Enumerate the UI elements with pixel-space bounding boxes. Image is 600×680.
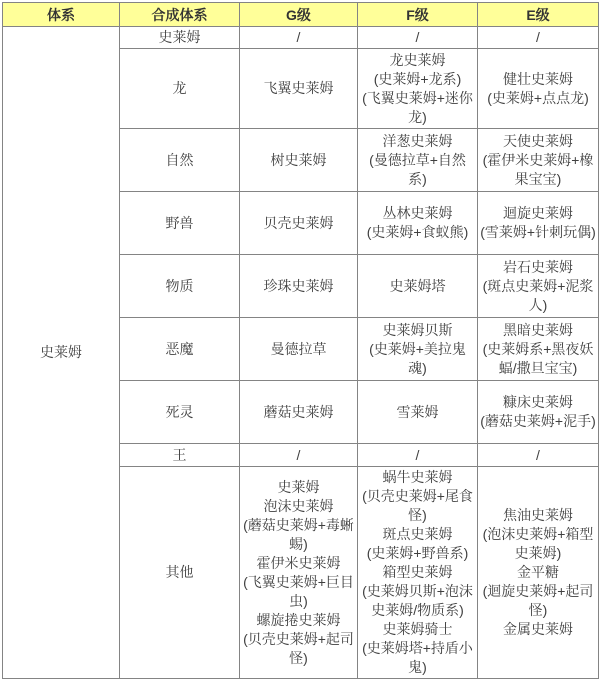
cell-grade-g: 蘑菇史莱姆 (240, 381, 358, 444)
cell-category: 恶魔 (120, 318, 240, 381)
cell-grade-e: 天使史莱姆 (霍伊米史莱姆+橡果宝宝) (478, 129, 599, 192)
cell-grade-f: / (358, 27, 478, 49)
cell-category: 物质 (120, 255, 240, 318)
header-row: 体系 合成体系 G级 F级 E级 (3, 3, 599, 27)
header-cell-system: 体系 (3, 3, 120, 27)
cell-category: 王 (120, 444, 240, 467)
cell-grade-g: 曼德拉草 (240, 318, 358, 381)
cell-grade-e: / (478, 27, 599, 49)
cell-grade-g: 珍珠史莱姆 (240, 255, 358, 318)
cell-grade-e: 黑暗史莱姆 (史莱姆系+黑夜妖蝠/撒旦宝宝) (478, 318, 599, 381)
cell-category: 史莱姆 (120, 27, 240, 49)
cell-grade-e: 健壮史莱姆 (史莱姆+点点龙) (478, 49, 599, 129)
cell-grade-g: 贝壳史莱姆 (240, 192, 358, 255)
cell-grade-f: 史莱姆塔 (358, 255, 478, 318)
cell-grade-e: 迴旋史莱姆 (雪莱姆+针刺玩偶) (478, 192, 599, 255)
cell-grade-g: 史莱姆 泡沫史莱姆 (蘑菇史莱姆+毒蜥蜴) 霍伊米史莱姆 (飞翼史莱姆+巨目虫)… (240, 467, 358, 679)
cell-grade-g: / (240, 444, 358, 467)
cell-grade-g: 树史莱姆 (240, 129, 358, 192)
cell-grade-e: 焦油史莱姆 (泡沫史莱姆+箱型史莱姆) 金平糖 (迴旋史莱姆+起司怪) 金属史莱… (478, 467, 599, 679)
cell-category: 龙 (120, 49, 240, 129)
page: 体系 合成体系 G级 F级 E级 史莱姆 史莱姆 / / / 龙 飞翼史莱姆 龙… (0, 0, 600, 680)
system-label-cell: 史莱姆 (3, 27, 120, 679)
header-cell-grade-e: E级 (478, 3, 599, 27)
cell-grade-f: 洋葱史莱姆 (曼德拉草+自然系) (358, 129, 478, 192)
cell-category: 自然 (120, 129, 240, 192)
cell-grade-f: 雪莱姆 (358, 381, 478, 444)
cell-category: 野兽 (120, 192, 240, 255)
cell-category: 其他 (120, 467, 240, 679)
cell-grade-e: 岩石史莱姆 (斑点史莱姆+泥浆人) (478, 255, 599, 318)
cell-grade-e: 糠床史莱姆 (蘑菇史莱姆+泥手) (478, 381, 599, 444)
cell-grade-f: 蜗牛史莱姆 (贝壳史莱姆+尾食怪) 斑点史莱姆 (史莱姆+野兽系) 箱型史莱姆 … (358, 467, 478, 679)
table-row-slime: 史莱姆 史莱姆 / / / (3, 27, 599, 49)
slime-synthesis-table: 体系 合成体系 G级 F级 E级 史莱姆 史莱姆 / / / 龙 飞翼史莱姆 龙… (2, 2, 599, 679)
cell-grade-g: / (240, 27, 358, 49)
cell-grade-f: 丛林史莱姆 (史莱姆+食蚁熊) (358, 192, 478, 255)
cell-grade-e: / (478, 444, 599, 467)
header-cell-grade-f: F级 (358, 3, 478, 27)
header-cell-grade-g: G级 (240, 3, 358, 27)
cell-grade-g: 飞翼史莱姆 (240, 49, 358, 129)
cell-grade-f: 史莱姆贝斯 (史莱姆+美拉鬼魂) (358, 318, 478, 381)
cell-category: 死灵 (120, 381, 240, 444)
cell-grade-f: / (358, 444, 478, 467)
cell-grade-f: 龙史莱姆 (史莱姆+龙系) (飞翼史莱姆+迷你龙) (358, 49, 478, 129)
header-cell-synth-system: 合成体系 (120, 3, 240, 27)
